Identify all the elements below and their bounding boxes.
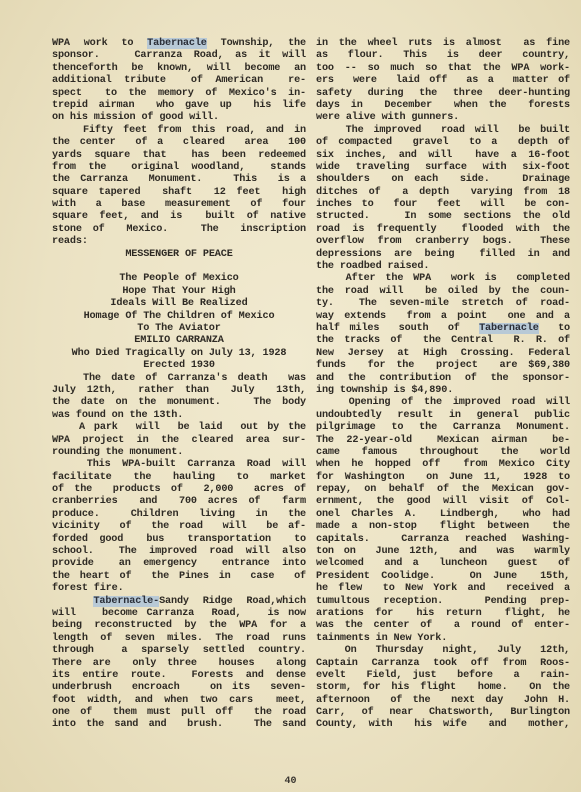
- text-line: There are only three houses along: [52, 658, 306, 670]
- text-line: the road will be oiled by the coun-: [316, 286, 570, 298]
- text-line: capitals. Carranza reached Washing-: [316, 534, 570, 546]
- text-line: ernment, the good will visit of Col-: [316, 496, 570, 508]
- text-line: Tabernacle-Sandy Ridge Road,which: [52, 596, 306, 608]
- text-line: The improved road will be built: [316, 125, 570, 137]
- text-line: was the center of a round of enter-: [316, 620, 570, 632]
- text-line: underbrush encroach on its seven-: [52, 682, 306, 694]
- text-line: structed. In some sections the old: [316, 211, 570, 223]
- text-line: A park will be laid out by the: [52, 422, 306, 434]
- text-line: Hope That Your High: [52, 286, 306, 298]
- text-line: inches to four feet will be con-: [316, 199, 570, 211]
- text-line: too -- so much so that the WPA work-: [316, 63, 570, 75]
- text-line: of the products of 2,000 acres of: [52, 484, 306, 496]
- text-line: County, with his wife and mother,: [316, 719, 570, 731]
- text-line: To The Aviator: [52, 323, 306, 335]
- text-line: shoulders on each side. Drainage: [316, 174, 570, 186]
- text-line: forded good bus transportation to: [52, 534, 306, 546]
- text-line: Homage Of The Children of Mexico: [52, 311, 306, 323]
- text-line: stone of Mexico. The inscription: [52, 224, 306, 236]
- text-line: thenceforth be known, will become an: [52, 63, 306, 75]
- text-line: when he hopped off from Mexico City: [316, 459, 570, 471]
- right-text-column: in the wheel ruts is almost as fineas fl…: [316, 38, 570, 732]
- text-line: way extends from a point one and a: [316, 311, 570, 323]
- text-line: welcomed and a luncheon guest of: [316, 558, 570, 570]
- document-page: WPA work to Tabernacle Township, thespon…: [0, 0, 581, 792]
- text-line: the center of a cleared area 100: [52, 137, 306, 149]
- text-line: ers were laid off as a matter of: [316, 75, 570, 87]
- text-line: school. The improved road will also: [52, 546, 306, 558]
- text-line: ditches of a depth varying from 18: [316, 187, 570, 199]
- text-line: vicinity of the road will be af-: [52, 521, 306, 533]
- text-line: yards square that has been redeemed: [52, 150, 306, 162]
- text-line: ing township is $4,890.: [316, 385, 570, 397]
- text-line: the tracks of the Central R. R. of: [316, 335, 570, 347]
- text-line: from the original woodland, stands: [52, 162, 306, 174]
- text-line: New Jersey at High Crossing. Federal: [316, 348, 570, 360]
- search-highlight[interactable]: Tabernacle-: [93, 596, 159, 607]
- text-line: The 22-year-old Mexican airman be-: [316, 435, 570, 447]
- text-line: days in December when the forests: [316, 100, 570, 112]
- page-number: 40: [0, 776, 581, 787]
- text-line: pilgrimage to the Carranza Monument.: [316, 422, 570, 434]
- text-line: trepid airman who gave up his life: [52, 100, 306, 112]
- text-line: undoubtedly result in general public: [316, 410, 570, 422]
- text-line: six inches, and will have a 16-foot: [316, 150, 570, 162]
- text-line: repay, on behalf of the Mexican gov-: [316, 484, 570, 496]
- text-line: will become Carranza Road, is now: [52, 608, 306, 620]
- text-line: rounding the monument.: [52, 447, 306, 459]
- text-line: The People of Mexico: [52, 273, 306, 285]
- text-line: Fifty feet from this road, and in: [52, 125, 306, 137]
- text-line: produce. Children living in the: [52, 509, 306, 521]
- text-line: as flour. This is deer country,: [316, 50, 570, 62]
- text-line: square tapered shaft 12 feet high: [52, 187, 306, 199]
- text-line: in the wheel ruts is almost as fine: [316, 38, 570, 50]
- left-text-column: WPA work to Tabernacle Township, thespon…: [52, 38, 306, 732]
- text-line: ton on June 12th, and was warmly: [316, 546, 570, 558]
- text-line: depressions are being filled in and: [316, 249, 570, 261]
- text-line: Carr, of near Chatsworth, Burlington: [316, 707, 570, 719]
- text-line: WPA work to Tabernacle Township, the: [52, 38, 306, 50]
- text-line: safety during the three deer-hunting: [316, 88, 570, 100]
- text-line: the roadbed raised.: [316, 261, 570, 273]
- text-line: After the WPA work is completed: [316, 273, 570, 285]
- text-line: ty. The seven-mile stretch of road-: [316, 298, 570, 310]
- text-line: tainments in New York.: [316, 633, 570, 645]
- text-line: provide an emergency entrance into: [52, 558, 306, 570]
- text-line: into the sand and brush. The sand: [52, 719, 306, 731]
- text-line: evelt Field, just before a rain-: [316, 670, 570, 682]
- text-line: storm, for his flight home. On the: [316, 682, 570, 694]
- text-line: additional tribute of American re-: [52, 75, 306, 87]
- text-line: and the contribution of the sponsor-: [316, 373, 570, 385]
- text-line: afternoon of the next day John H.: [316, 695, 570, 707]
- text-line: cranberries and 700 acres of farm: [52, 496, 306, 508]
- text-line: length of seven miles. The road runs: [52, 633, 306, 645]
- text-line: for Washington on June 11, 1928 to: [316, 472, 570, 484]
- text-line: the heart of the Pines in case of: [52, 571, 306, 583]
- text-line: tumultous reception. Pending prep-: [316, 596, 570, 608]
- text-line: July 12th, rather than July 13th,: [52, 385, 306, 397]
- text-line: facilitate the hauling to market: [52, 472, 306, 484]
- text-line: came famous throughout the world: [316, 447, 570, 459]
- text-line: road is frequently flooded with the: [316, 224, 570, 236]
- text-line: of compacted gravel to a depth of: [316, 137, 570, 149]
- text-line: MESSENGER OF PEACE: [52, 249, 306, 261]
- text-line: through a sparsely settled country.: [52, 645, 306, 657]
- text-line: reads:: [52, 236, 306, 248]
- text-line: its entire route. Forests and dense: [52, 670, 306, 682]
- text-line: on his mission of good will.: [52, 112, 306, 124]
- text-line: onel Charles A. Lindbergh, who had: [316, 509, 570, 521]
- text-line: forest fire.: [52, 583, 306, 595]
- text-line: overflow from cranberry bogs. These: [316, 236, 570, 248]
- text-line: Who Died Tragically on July 13, 1928: [52, 348, 306, 360]
- text-line: spect to the memory of Mexico's in-: [52, 88, 306, 100]
- text-line: was found on the 13th.: [52, 410, 306, 422]
- text-line: he flew to New York and received a: [316, 583, 570, 595]
- text-line: WPA project in the cleared area sur-: [52, 435, 306, 447]
- text-line: The date of Carranza's death was: [52, 373, 306, 385]
- text-line: Ideals Will Be Realized: [52, 298, 306, 310]
- search-highlight[interactable]: Tabernacle: [147, 38, 207, 49]
- text-line: the date on the monument. The body: [52, 397, 306, 409]
- text-line: EMILIO CARRANZA: [52, 335, 306, 347]
- text-line: Erected 1930: [52, 360, 306, 372]
- text-line: made a non-stop flight between the: [316, 521, 570, 533]
- text-line: Captain Carranza took off from Roos-: [316, 658, 570, 670]
- text-line: foot width, and when two cars meet,: [52, 695, 306, 707]
- text-line: were alive with gunners.: [316, 112, 570, 124]
- text-line: Opening of the improved road will: [316, 397, 570, 409]
- text-line: arations for his return flight, he: [316, 608, 570, 620]
- text-line: half miles south of Tabernacle to: [316, 323, 570, 335]
- text-line: wide traveling surface with six-foot: [316, 162, 570, 174]
- text-line: one of them must pull off the road: [52, 707, 306, 719]
- text-line: square feet, and is built of native: [52, 211, 306, 223]
- search-highlight[interactable]: Tabernacle: [479, 323, 539, 334]
- text-line: This WPA-built Carranza Road will: [52, 459, 306, 471]
- text-line: the Carranza Monument. This is a: [52, 174, 306, 186]
- text-line: funds for the project are $69,380: [316, 360, 570, 372]
- text-line: sponsor. Carranza Road, as it will: [52, 50, 306, 62]
- text-line: On Thursday night, July 12th,: [316, 645, 570, 657]
- text-line: [52, 261, 306, 273]
- text-line: with a base measurement of four: [52, 199, 306, 211]
- text-line: being reconstructed by the WPA for a: [52, 620, 306, 632]
- text-line: President Coolidge. On June 15th,: [316, 571, 570, 583]
